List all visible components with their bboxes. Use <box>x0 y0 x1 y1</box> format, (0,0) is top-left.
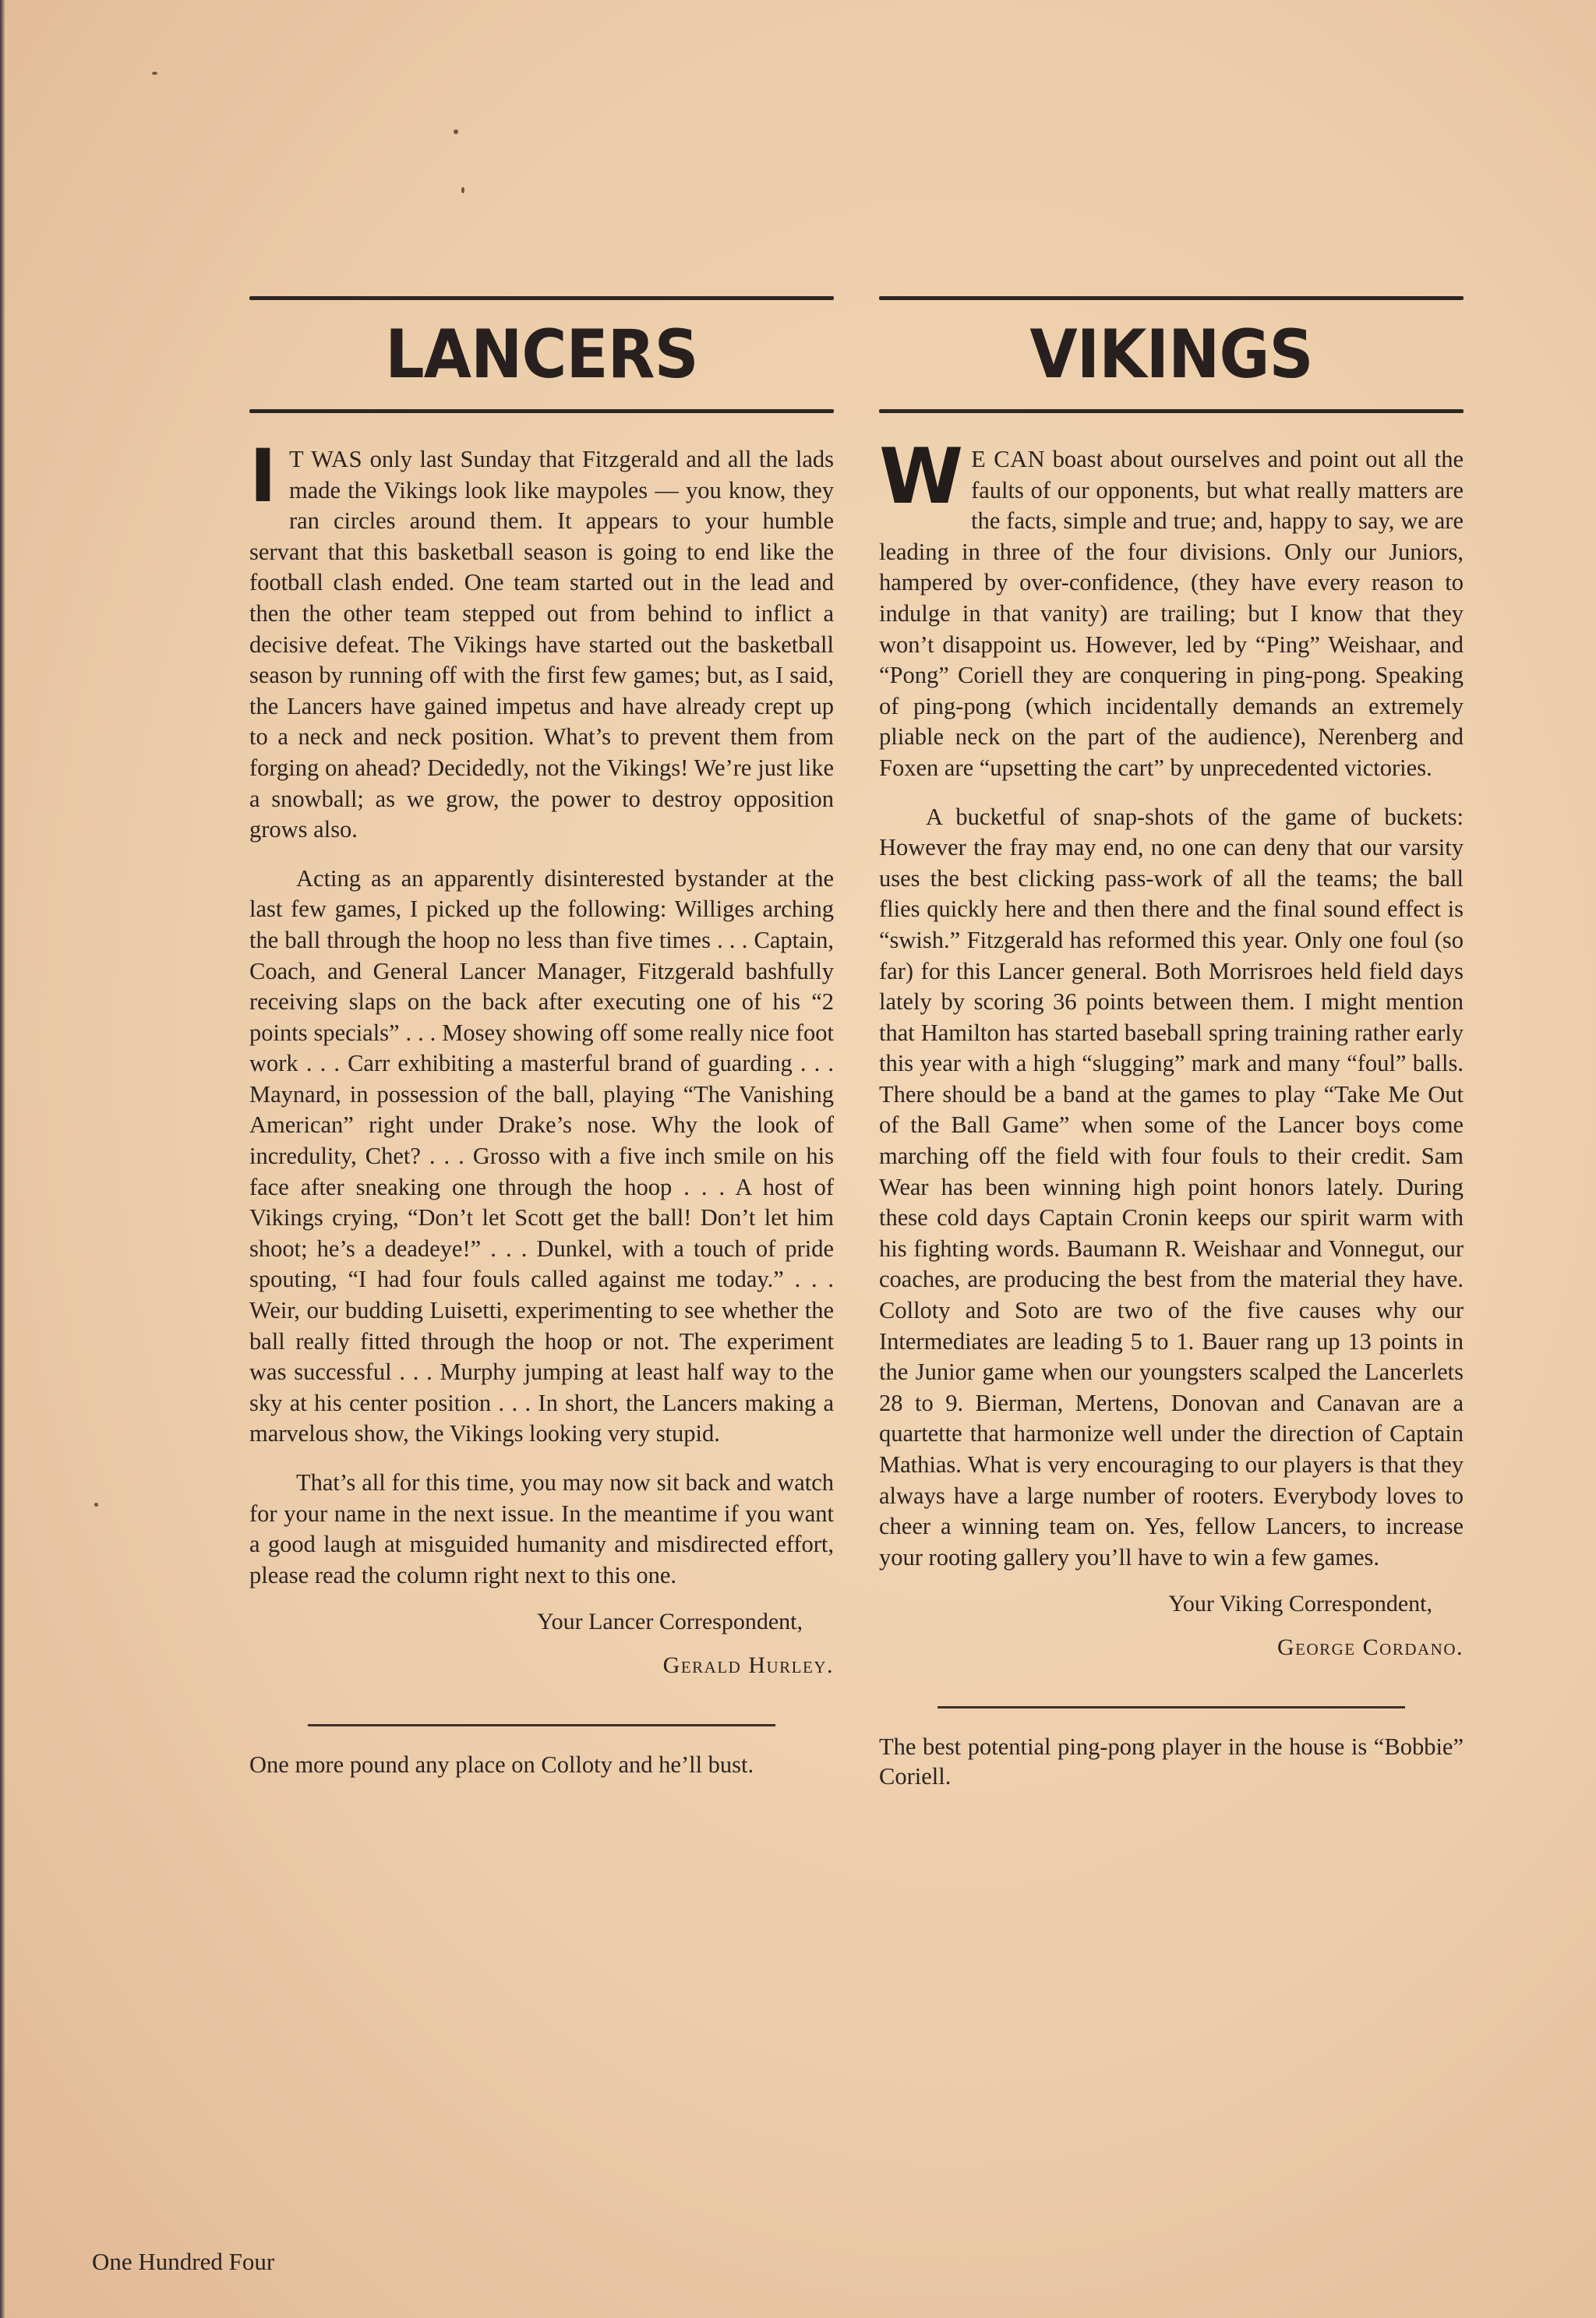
article-paragraph: Acting as an apparently disinterested by… <box>249 864 834 1450</box>
heading-bottom-rule <box>879 409 1464 413</box>
paper-speck <box>454 129 458 134</box>
lancers-heading: LANCERS <box>273 300 810 409</box>
vikings-column: VIKINGS WE CAN boast about ourselves and… <box>879 296 1464 1791</box>
lead-in: E CAN <box>971 446 1045 472</box>
drop-cap: W <box>879 447 963 507</box>
paper-speck <box>461 187 464 193</box>
correspondent-signoff: Your Viking Correspondent, <box>879 1591 1464 1617</box>
article-paragraph: A bucketful of snap-shots of the game of… <box>879 802 1464 1574</box>
correspondent-signoff: Your Lancer Correspondent, <box>249 1609 834 1635</box>
vikings-article: WE CAN boast about ourselves and point o… <box>879 444 1464 1573</box>
author-name: Gerald Hurley. <box>249 1652 834 1679</box>
section-divider <box>308 1724 775 1726</box>
article-paragraph: That’s all for this time, you may now si… <box>249 1468 834 1591</box>
lancers-column: LANCERS IT WAS only last Sunday that Fit… <box>249 296 834 1779</box>
page-number: One Hundred Four <box>92 2248 274 2276</box>
filler-quip: The best potential ping-pong player in t… <box>879 1732 1464 1791</box>
vikings-heading: VIKINGS <box>902 300 1440 409</box>
paragraph-text: boast about ourselves and point out all … <box>879 446 1464 781</box>
author-name: George Cordano. <box>879 1634 1464 1661</box>
heading-bottom-rule <box>249 409 834 413</box>
section-divider <box>937 1706 1405 1708</box>
lead-in: T WAS <box>289 446 362 472</box>
paragraph-text: only last Sunday that Fitzgerald and all… <box>249 446 834 843</box>
paper-speck <box>94 1503 98 1507</box>
page-binding-edge <box>0 0 5 2318</box>
article-paragraph: WE CAN boast about ourselves and point o… <box>879 444 1464 784</box>
lancers-article: IT WAS only last Sunday that Fitzgerald … <box>249 444 834 1591</box>
drop-cap: I <box>249 447 277 507</box>
filler-quip: One more pound any place on Colloty and … <box>249 1750 834 1779</box>
article-paragraph: IT WAS only last Sunday that Fitzgerald … <box>249 444 834 846</box>
paper-speck <box>152 72 157 75</box>
